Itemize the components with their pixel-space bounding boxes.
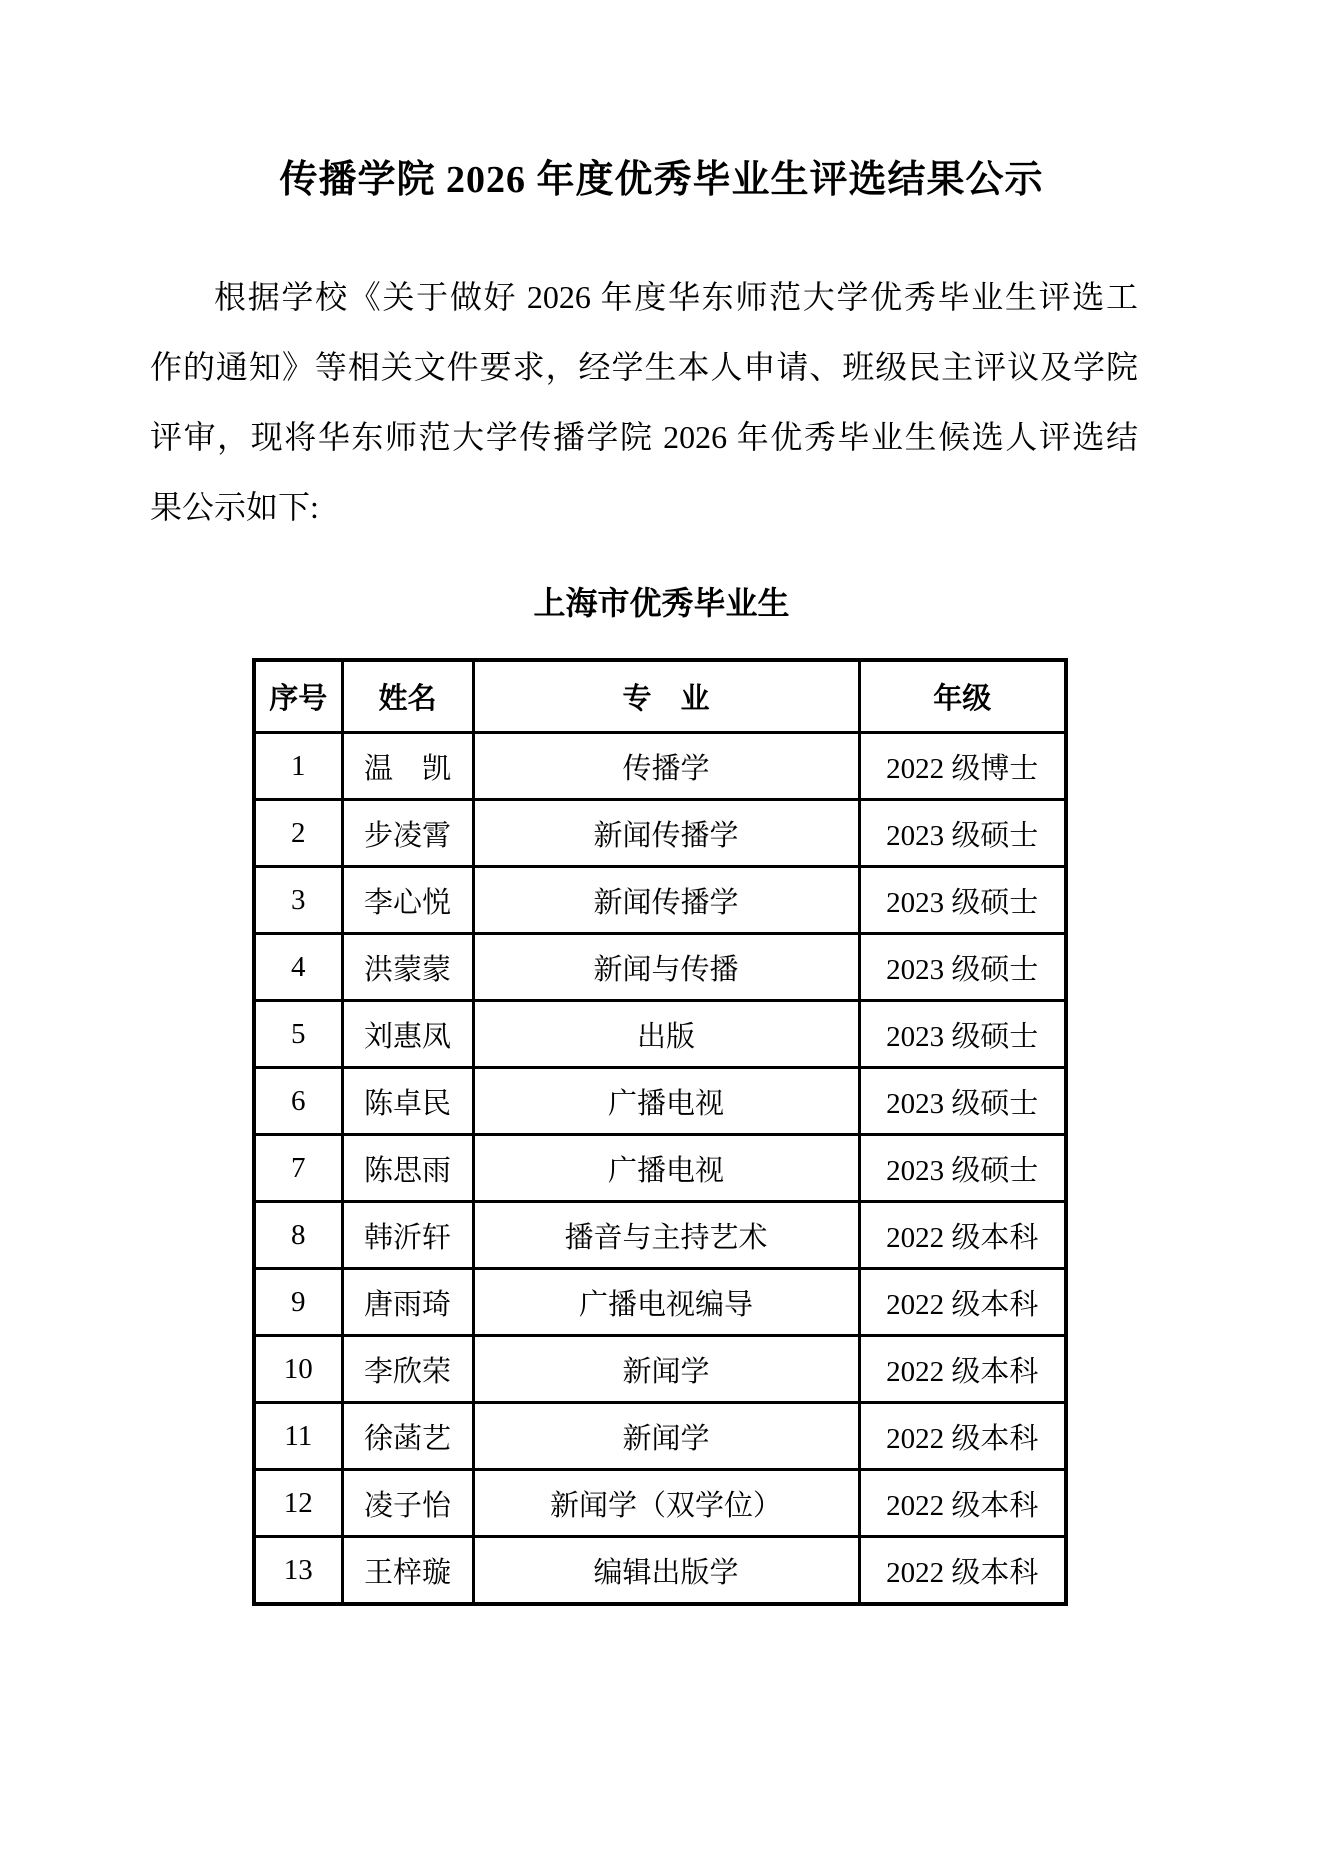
cell-major: 编辑出版学 xyxy=(473,1537,859,1605)
cell-name: 温 凯 xyxy=(342,733,473,800)
cell-grade: 2022 级博士 xyxy=(859,733,1066,800)
cell-index: 1 xyxy=(254,733,342,800)
table-row: 5 刘惠凤 出版 2023 级硕士 xyxy=(254,1001,1066,1068)
cell-grade: 2022 级本科 xyxy=(859,1537,1066,1605)
cell-index: 7 xyxy=(254,1135,342,1202)
cell-major: 出版 xyxy=(473,1001,859,1068)
cell-major: 新闻学 xyxy=(473,1403,859,1470)
cell-index: 9 xyxy=(254,1269,342,1336)
page-title: 传播学院 2026 年度优秀毕业生评选结果公示 xyxy=(0,148,1323,203)
cell-name: 韩沂轩 xyxy=(342,1202,473,1269)
cell-index: 13 xyxy=(254,1537,342,1605)
column-header-index: 序号 xyxy=(254,660,342,733)
cell-major: 新闻传播学 xyxy=(473,867,859,934)
cell-index: 6 xyxy=(254,1068,342,1135)
intro-line: 根据学校《关于做好 2026 年度华东师范大学优秀毕业生评选工 xyxy=(150,262,1138,332)
table-row: 4 洪蒙蒙 新闻与传播 2023 级硕士 xyxy=(254,934,1066,1001)
table-row: 10 李欣荣 新闻学 2022 级本科 xyxy=(254,1336,1066,1403)
intro-line: 果公示如下: xyxy=(150,472,1138,542)
cell-major: 新闻传播学 xyxy=(473,800,859,867)
table-row: 8 韩沂轩 播音与主持艺术 2022 级本科 xyxy=(254,1202,1066,1269)
cell-name: 步凌霄 xyxy=(342,800,473,867)
cell-grade: 2023 级硕士 xyxy=(859,1001,1066,1068)
cell-name: 陈思雨 xyxy=(342,1135,473,1202)
cell-major: 新闻学（双学位） xyxy=(473,1470,859,1537)
intro-line: 作的通知》等相关文件要求，经学生本人申请、班级民主评议及学院 xyxy=(150,332,1138,402)
table-row: 3 李心悦 新闻传播学 2023 级硕士 xyxy=(254,867,1066,934)
table-row: 1 温 凯 传播学 2022 级博士 xyxy=(254,733,1066,800)
cell-name: 唐雨琦 xyxy=(342,1269,473,1336)
table-row: 12 凌子怡 新闻学（双学位） 2022 级本科 xyxy=(254,1470,1066,1537)
cell-major: 广播电视 xyxy=(473,1068,859,1135)
cell-major: 传播学 xyxy=(473,733,859,800)
cell-major: 新闻学 xyxy=(473,1336,859,1403)
cell-index: 12 xyxy=(254,1470,342,1537)
cell-name: 李心悦 xyxy=(342,867,473,934)
cell-index: 8 xyxy=(254,1202,342,1269)
cell-index: 5 xyxy=(254,1001,342,1068)
intro-paragraph: 根据学校《关于做好 2026 年度华东师范大学优秀毕业生评选工 作的通知》等相关… xyxy=(150,262,1138,542)
table-row: 7 陈思雨 广播电视 2023 级硕士 xyxy=(254,1135,1066,1202)
cell-grade: 2023 级硕士 xyxy=(859,1068,1066,1135)
cell-index: 2 xyxy=(254,800,342,867)
cell-name: 李欣荣 xyxy=(342,1336,473,1403)
table-row: 11 徐菡艺 新闻学 2022 级本科 xyxy=(254,1403,1066,1470)
cell-major: 广播电视编导 xyxy=(473,1269,859,1336)
cell-name: 陈卓民 xyxy=(342,1068,473,1135)
intro-line: 评审，现将华东师范大学传播学院 2026 年优秀毕业生候选人评选结 xyxy=(150,402,1138,472)
column-header-name: 姓名 xyxy=(342,660,473,733)
cell-major: 广播电视 xyxy=(473,1135,859,1202)
cell-major: 新闻与传播 xyxy=(473,934,859,1001)
graduates-table: 序号 姓名 专 业 年级 1 温 凯 传播学 2022 级博士 2 步凌霄 新闻… xyxy=(252,658,1068,1606)
cell-index: 11 xyxy=(254,1403,342,1470)
cell-name: 洪蒙蒙 xyxy=(342,934,473,1001)
cell-index: 4 xyxy=(254,934,342,1001)
cell-grade: 2022 级本科 xyxy=(859,1470,1066,1537)
cell-major: 播音与主持艺术 xyxy=(473,1202,859,1269)
table-row: 2 步凌霄 新闻传播学 2023 级硕士 xyxy=(254,800,1066,867)
document-page: { "page": { "title": "传播学院 2026 年度优秀毕业生评… xyxy=(0,0,1323,1871)
cell-grade: 2023 级硕士 xyxy=(859,800,1066,867)
table-header-row: 序号 姓名 专 业 年级 xyxy=(254,660,1066,733)
cell-grade: 2022 级本科 xyxy=(859,1202,1066,1269)
table-row: 13 王梓璇 编辑出版学 2022 级本科 xyxy=(254,1537,1066,1605)
cell-name: 刘惠凤 xyxy=(342,1001,473,1068)
cell-grade: 2023 级硕士 xyxy=(859,867,1066,934)
cell-grade: 2022 级本科 xyxy=(859,1336,1066,1403)
cell-grade: 2022 级本科 xyxy=(859,1269,1066,1336)
table-row: 9 唐雨琦 广播电视编导 2022 级本科 xyxy=(254,1269,1066,1336)
cell-grade: 2022 级本科 xyxy=(859,1403,1066,1470)
cell-grade: 2023 级硕士 xyxy=(859,934,1066,1001)
cell-index: 10 xyxy=(254,1336,342,1403)
column-header-major: 专 业 xyxy=(473,660,859,733)
cell-name: 凌子怡 xyxy=(342,1470,473,1537)
column-header-grade: 年级 xyxy=(859,660,1066,733)
cell-index: 3 xyxy=(254,867,342,934)
cell-name: 王梓璇 xyxy=(342,1537,473,1605)
table-row: 6 陈卓民 广播电视 2023 级硕士 xyxy=(254,1068,1066,1135)
cell-grade: 2023 级硕士 xyxy=(859,1135,1066,1202)
section-title: 上海市优秀毕业生 xyxy=(0,578,1323,624)
cell-name: 徐菡艺 xyxy=(342,1403,473,1470)
